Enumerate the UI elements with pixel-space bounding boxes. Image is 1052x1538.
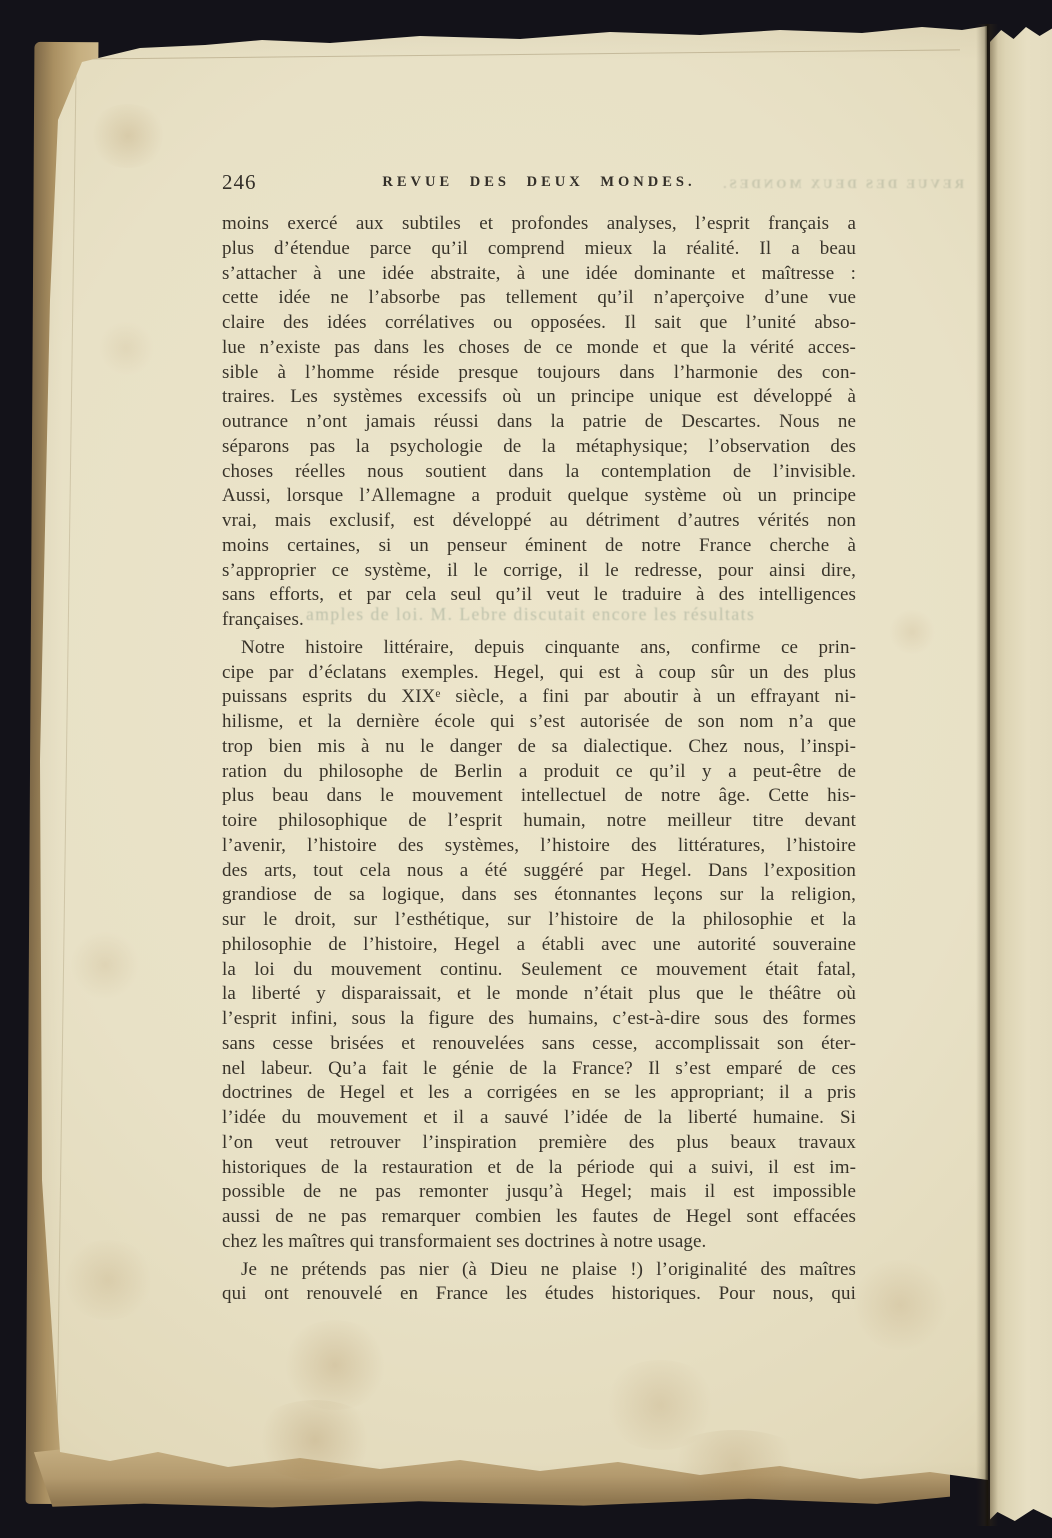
paragraph: Notre histoire littéraire, depuis cinqua…: [222, 636, 856, 1255]
text-line: lue n’existe pas dans les choses de ce m…: [222, 336, 856, 361]
text-line: chez les maîtres qui transformaient ses …: [222, 1230, 856, 1255]
text-line: cette idée ne l’absorbe pas tellement qu…: [222, 286, 856, 311]
text-line: doctrines de Hegel et les a corrigées en…: [222, 1081, 856, 1106]
text-line: trop bien mis à nu le danger de sa diale…: [222, 735, 856, 760]
text-line: traires. Les systèmes excessifs où un pr…: [222, 385, 856, 410]
text-line: plus beau dans le mouvement intellectuel…: [222, 784, 856, 809]
text-line: claire des idées corrélatives ou opposée…: [222, 311, 856, 336]
text-line: sible à l’homme réside presque toujours …: [222, 361, 856, 386]
text-line: grandiose de sa logique, dans ses étonna…: [222, 883, 856, 908]
text-line: choses réelles nous soutient dans la con…: [222, 460, 856, 485]
text-line: françaises.: [222, 608, 856, 633]
text-line: moins certaines, si un penseur éminent d…: [222, 534, 856, 559]
text-line: Notre histoire littéraire, depuis cinqua…: [222, 636, 856, 661]
text-line: la loi du mouvement continu. Seulement c…: [222, 958, 856, 983]
text-line: Aussi, lorsque l’Allemagne a produit que…: [222, 484, 856, 509]
running-title: REVUE DES DEUX MONDES.: [222, 174, 856, 191]
text-line: l’idée du mouvement et il a sauvé l’idée…: [222, 1106, 856, 1131]
text-line: historiques de la restauration et de la …: [222, 1156, 856, 1181]
page-header: 246 REVUE DES DEUX MONDES.: [222, 168, 856, 198]
text-line: toire philosophique de l’esprit humain, …: [222, 809, 856, 834]
text-line: philosophie de l’histoire, Hegel a établ…: [222, 933, 856, 958]
text-line: séparons pas la psychologie de la métaph…: [222, 435, 856, 460]
text-line: moins exercé aux subtiles et profondes a…: [222, 212, 856, 237]
text-line: outrance n’ont jamais réussi dans la pat…: [222, 410, 856, 435]
text-line: l’on veut retrouver l’inspiration premiè…: [222, 1131, 856, 1156]
text-line: la liberté y disparaissait, et le monde …: [222, 982, 856, 1007]
text-line: hilisme, et la dernière école qui s’est …: [222, 710, 856, 735]
text-line: qui ont renouvelé en France les études h…: [222, 1282, 856, 1307]
scanned-book-spread: REVUE DES DEUX MONDES. amples de loi. M.…: [0, 0, 1052, 1538]
paragraph: moins exercé aux subtiles et profondes a…: [222, 212, 856, 633]
text-block: moins exercé aux subtiles et profondes a…: [222, 212, 856, 1307]
text-line: l’avenir, l’histoire des systèmes, l’his…: [222, 834, 856, 859]
text-line: Je ne prétends pas nier (à Dieu ne plais…: [222, 1258, 856, 1283]
paragraph: Je ne prétends pas nier (à Dieu ne plais…: [222, 1258, 856, 1308]
text-line: puissans esprits du XIXᵉ siècle, a fini …: [222, 685, 856, 710]
text-line: sans efforts, et par cela seul qu’il veu…: [222, 583, 856, 608]
text-line: aussi de ne pas remarquer combien les fa…: [222, 1205, 856, 1230]
text-line: s’attacher à une idée abstraite, à une i…: [222, 262, 856, 287]
facing-page-sliver: [990, 24, 1052, 1524]
text-line: s’approprier ce système, il le corrige, …: [222, 559, 856, 584]
text-line: sur le droit, sur l’esthétique, sur l’hi…: [222, 908, 856, 933]
text-line: des arts, tout cela nous a été suggéré p…: [222, 859, 856, 884]
text-line: plus d’étendue parce qu’il comprend mieu…: [222, 237, 856, 262]
text-line: cipe par d’éclatans exemples. Hegel, qui…: [222, 661, 856, 686]
text-line: l’esprit infini, sous la figure des huma…: [222, 1007, 856, 1032]
text-line: sans cesse brisées et renouvelées sans c…: [222, 1032, 856, 1057]
text-line: ration du philosophe de Berlin a produit…: [222, 760, 856, 785]
text-line: nel labeur. Qu’a fait le génie de la Fra…: [222, 1057, 856, 1082]
text-line: vrai, mais exclusif, est développé au dé…: [222, 509, 856, 534]
gutter-crease: [976, 24, 998, 1526]
text-line: possible de ne pas remonter jusqu’à Hege…: [222, 1180, 856, 1205]
